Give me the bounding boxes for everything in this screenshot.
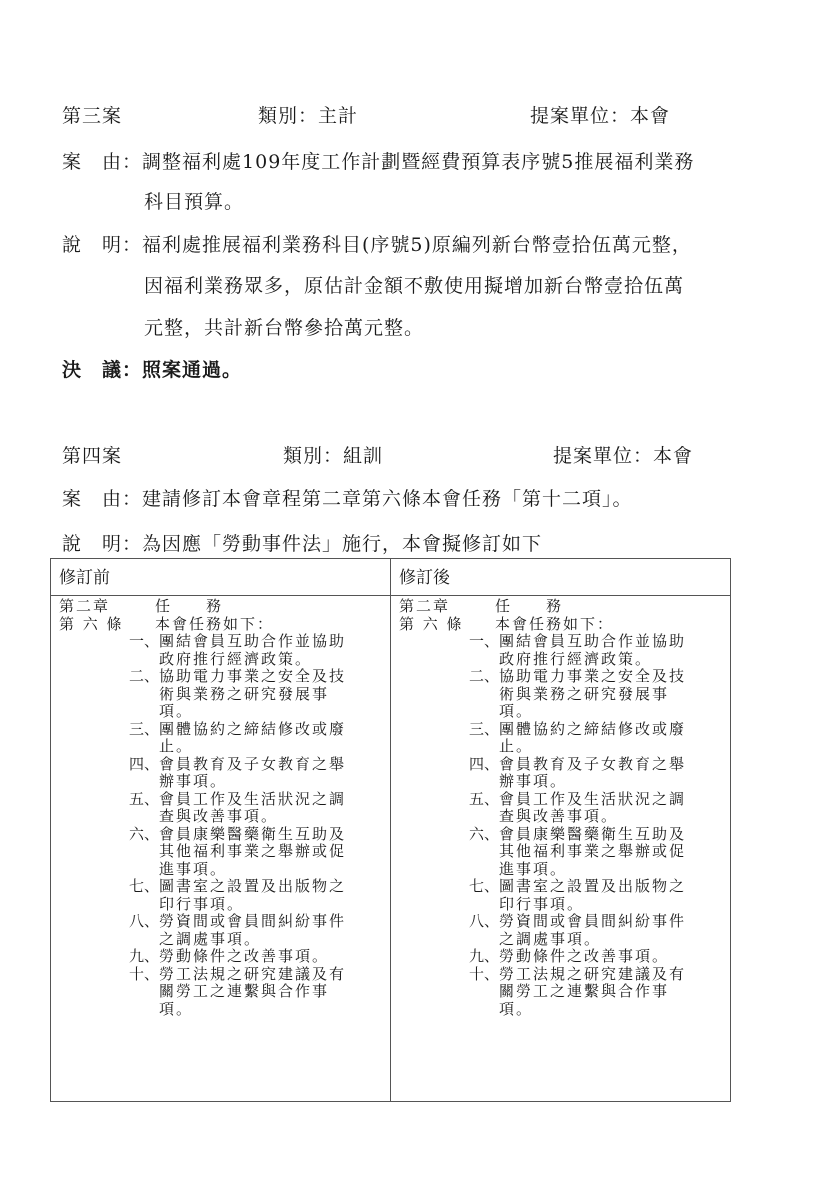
chapter-title: 任 務 bbox=[155, 597, 223, 615]
list-item: 八、勞資間或會員間糾紛事件 bbox=[399, 913, 726, 931]
item-number bbox=[59, 896, 159, 914]
list-item-continuation: 術與業務之研究發展事 bbox=[59, 686, 386, 704]
case3-number: 第三案 bbox=[62, 104, 122, 128]
case3-resolution-text: 照案通過。 bbox=[142, 359, 242, 381]
item-text: 印行事項。 bbox=[159, 896, 244, 914]
list-item-continuation: 止。 bbox=[59, 738, 386, 756]
chapter-key: 第二章 bbox=[399, 598, 495, 616]
case3-resolution: 決 議：照案通過。 bbox=[62, 358, 242, 382]
list-item: 二、協助電力事業之安全及技 bbox=[59, 668, 386, 686]
case4-explanation-text: 為因應「勞動事件法」施行，本會擬修訂如下 bbox=[142, 533, 542, 555]
item-text: 團結會員互助合作並協助 bbox=[499, 633, 686, 651]
list-item: 六、會員康樂醫藥衛生互助及 bbox=[59, 826, 386, 844]
case3-explanation-line-1: 福利處推展福利業務科目(序號5)原編列新台幣壹拾伍萬元整， bbox=[142, 234, 692, 256]
list-item-continuation: 止。 bbox=[399, 738, 726, 756]
list-item-continuation: 其他福利事業之舉辦或促 bbox=[59, 843, 386, 861]
item-text: 勞工法規之研究建議及有 bbox=[159, 966, 346, 984]
case3-explanation-label: 說 明： bbox=[62, 234, 142, 256]
item-number bbox=[59, 773, 159, 791]
article-line: 第 六 條本會任務如下： bbox=[399, 616, 726, 634]
case3-explanation-line-3: 元整，共計新台幣參拾萬元整。 bbox=[144, 316, 424, 340]
item-text: 項。 bbox=[159, 1001, 193, 1019]
item-text: 會員工作及生活狀況之調 bbox=[159, 791, 346, 809]
items-list: 一、團結會員互助合作並協助政府推行經濟政策。二、協助電力事業之安全及技術與業務之… bbox=[59, 633, 386, 1018]
item-number: 六、 bbox=[399, 826, 499, 844]
item-number: 二、 bbox=[59, 668, 159, 686]
item-text: 團體協約之締結修改或廢 bbox=[499, 721, 686, 739]
chapter-line: 第二章任 務 bbox=[399, 598, 726, 616]
item-text: 項。 bbox=[499, 703, 533, 721]
list-item: 五、會員工作及生活狀況之調 bbox=[59, 791, 386, 809]
list-item: 四、會員教育及子女教育之舉 bbox=[399, 756, 726, 774]
cell-before: 第二章任 務 第 六 條本會任務如下： 一、團結會員互助合作並協助政府推行經濟政… bbox=[51, 596, 391, 1102]
list-item-continuation: 查與改善事項。 bbox=[59, 808, 386, 826]
item-number bbox=[399, 738, 499, 756]
article-line: 第 六 條本會任務如下： bbox=[59, 616, 386, 634]
item-text: 勞動條件之改善事項。 bbox=[159, 948, 329, 966]
item-number bbox=[399, 983, 499, 1001]
list-item-continuation: 項。 bbox=[59, 1001, 386, 1019]
item-text: 圖書室之設置及出版物之 bbox=[159, 878, 346, 896]
item-text: 項。 bbox=[499, 1001, 533, 1019]
item-number: 十、 bbox=[59, 966, 159, 984]
cell-after: 第二章任 務 第 六 條本會任務如下： 一、團結會員互助合作並協助政府推行經濟政… bbox=[391, 596, 731, 1102]
item-number bbox=[59, 686, 159, 704]
after-content: 第二章任 務 第 六 條本會任務如下： 一、團結會員互助合作並協助政府推行經濟政… bbox=[391, 596, 730, 1018]
item-number bbox=[399, 931, 499, 949]
item-text: 關勞工之連繫與合作事 bbox=[159, 983, 329, 1001]
article-title: 本會任務如下： bbox=[495, 615, 614, 633]
list-item: 八、勞資間或會員間糾紛事件 bbox=[59, 913, 386, 931]
list-item-continuation: 進事項。 bbox=[59, 861, 386, 879]
item-number bbox=[59, 1001, 159, 1019]
table-header-row: 修訂前 修訂後 bbox=[51, 559, 731, 596]
before-content: 第二章任 務 第 六 條本會任務如下： 一、團結會員互助合作並協助政府推行經濟政… bbox=[51, 596, 390, 1018]
item-text: 查與改善事項。 bbox=[159, 808, 278, 826]
article-key: 第 六 條 bbox=[399, 616, 495, 634]
item-number bbox=[59, 931, 159, 949]
list-item-continuation: 術與業務之研究發展事 bbox=[399, 686, 726, 704]
case4-category: 類別：組訓 bbox=[283, 444, 383, 468]
case3-explanation-line-2: 因福利業務眾多，原估計金額不敷使用擬增加新台幣壹拾伍萬 bbox=[144, 274, 684, 298]
item-text: 之調處事項。 bbox=[499, 931, 601, 949]
item-text: 會員工作及生活狀況之調 bbox=[499, 791, 686, 809]
item-number: 一、 bbox=[399, 633, 499, 651]
list-item: 十、勞工法規之研究建議及有 bbox=[59, 966, 386, 984]
item-text: 會員教育及子女教育之舉 bbox=[499, 756, 686, 774]
article-key: 第 六 條 bbox=[59, 616, 155, 634]
item-number: 一、 bbox=[59, 633, 159, 651]
item-number bbox=[399, 896, 499, 914]
case4-explanation: 說 明：為因應「勞動事件法」施行，本會擬修訂如下 bbox=[62, 532, 542, 556]
list-item: 九、勞動條件之改善事項。 bbox=[399, 948, 726, 966]
item-text: 勞資間或會員間糾紛事件 bbox=[159, 913, 346, 931]
chapter-line: 第二章任 務 bbox=[59, 598, 386, 616]
item-text: 政府推行經濟政策。 bbox=[499, 651, 652, 669]
case3-resolution-label: 決 議： bbox=[62, 359, 142, 381]
header-before: 修訂前 bbox=[51, 559, 391, 596]
item-text: 勞資間或會員間糾紛事件 bbox=[499, 913, 686, 931]
list-item: 二、協助電力事業之安全及技 bbox=[399, 668, 726, 686]
item-text: 關勞工之連繫與合作事 bbox=[499, 983, 669, 1001]
item-text: 進事項。 bbox=[499, 861, 567, 879]
list-item: 七、圖書室之設置及出版物之 bbox=[59, 878, 386, 896]
list-item-continuation: 印行事項。 bbox=[59, 896, 386, 914]
item-number bbox=[399, 703, 499, 721]
case3-reason-line-2: 科目預算。 bbox=[144, 190, 244, 214]
list-item-continuation: 進事項。 bbox=[399, 861, 726, 879]
item-number bbox=[59, 983, 159, 1001]
item-text: 其他福利事業之舉辦或促 bbox=[499, 843, 686, 861]
item-number: 二、 bbox=[399, 668, 499, 686]
case3-reason-label: 案 由： bbox=[62, 151, 142, 173]
item-number: 九、 bbox=[59, 948, 159, 966]
item-text: 圖書室之設置及出版物之 bbox=[499, 878, 686, 896]
item-number: 八、 bbox=[399, 913, 499, 931]
case4-number: 第四案 bbox=[62, 444, 122, 468]
case4-reason-label: 案 由： bbox=[62, 488, 142, 510]
item-text: 政府推行經濟政策。 bbox=[159, 651, 312, 669]
list-item: 三、團體協約之締結修改或廢 bbox=[59, 721, 386, 739]
list-item-continuation: 查與改善事項。 bbox=[399, 808, 726, 826]
item-number bbox=[59, 738, 159, 756]
item-number bbox=[59, 808, 159, 826]
list-item: 三、團體協約之締結修改或廢 bbox=[399, 721, 726, 739]
list-item: 六、會員康樂醫藥衛生互助及 bbox=[399, 826, 726, 844]
case4-explanation-label: 說 明： bbox=[62, 533, 142, 555]
item-text: 止。 bbox=[499, 738, 533, 756]
items-list: 一、團結會員互助合作並協助政府推行經濟政策。二、協助電力事業之安全及技術與業務之… bbox=[399, 633, 726, 1018]
item-text: 查與改善事項。 bbox=[499, 808, 618, 826]
table-body-row: 第二章任 務 第 六 條本會任務如下： 一、團結會員互助合作並協助政府推行經濟政… bbox=[51, 596, 731, 1102]
item-number: 四、 bbox=[399, 756, 499, 774]
case4-reason-text: 建請修訂本會章程第二章第六條本會任務「第十二項」。 bbox=[142, 488, 633, 510]
case3-category: 類別：主計 bbox=[258, 104, 358, 128]
item-number: 四、 bbox=[59, 756, 159, 774]
item-number: 七、 bbox=[59, 878, 159, 896]
list-item-continuation: 辦事項。 bbox=[59, 773, 386, 791]
item-text: 會員康樂醫藥衛生互助及 bbox=[159, 826, 346, 844]
item-number bbox=[399, 808, 499, 826]
item-number: 七、 bbox=[399, 878, 499, 896]
item-number bbox=[59, 651, 159, 669]
list-item-continuation: 政府推行經濟政策。 bbox=[399, 651, 726, 669]
list-item: 九、勞動條件之改善事項。 bbox=[59, 948, 386, 966]
item-text: 團體協約之締結修改或廢 bbox=[159, 721, 346, 739]
list-item: 五、會員工作及生活狀況之調 bbox=[399, 791, 726, 809]
item-text: 會員康樂醫藥衛生互助及 bbox=[499, 826, 686, 844]
case3-reason: 案 由：調整福利處109年度工作計劃暨經費預算表序號5推展福利業務 bbox=[62, 150, 694, 174]
item-text: 項。 bbox=[159, 703, 193, 721]
item-number bbox=[399, 1001, 499, 1019]
item-number: 三、 bbox=[59, 721, 159, 739]
item-text: 印行事項。 bbox=[499, 896, 584, 914]
list-item: 七、圖書室之設置及出版物之 bbox=[399, 878, 726, 896]
item-text: 術與業務之研究發展事 bbox=[159, 686, 329, 704]
item-number bbox=[399, 651, 499, 669]
item-number bbox=[59, 843, 159, 861]
case3-proposer: 提案單位：本會 bbox=[530, 104, 670, 128]
case3-explanation: 說 明：福利處推展福利業務科目(序號5)原編列新台幣壹拾伍萬元整， bbox=[62, 233, 692, 257]
list-item-continuation: 印行事項。 bbox=[399, 896, 726, 914]
list-item-continuation: 關勞工之連繫與合作事 bbox=[59, 983, 386, 1001]
case3-reason-line-1: 調整福利處109年度工作計劃暨經費預算表序號5推展福利業務 bbox=[142, 151, 694, 173]
list-item-continuation: 項。 bbox=[399, 1001, 726, 1019]
item-number bbox=[399, 773, 499, 791]
case4-proposer: 提案單位：本會 bbox=[553, 444, 693, 468]
list-item-continuation: 政府推行經濟政策。 bbox=[59, 651, 386, 669]
list-item-continuation: 關勞工之連繫與合作事 bbox=[399, 983, 726, 1001]
item-number bbox=[399, 686, 499, 704]
chapter-key: 第二章 bbox=[59, 598, 155, 616]
list-item-continuation: 辦事項。 bbox=[399, 773, 726, 791]
item-text: 協助電力事業之安全及技 bbox=[159, 668, 346, 686]
item-number bbox=[59, 703, 159, 721]
item-number bbox=[399, 861, 499, 879]
item-text: 團結會員互助合作並協助 bbox=[159, 633, 346, 651]
header-after: 修訂後 bbox=[391, 559, 731, 596]
item-number: 九、 bbox=[399, 948, 499, 966]
article-title: 本會任務如下： bbox=[155, 615, 274, 633]
item-text: 辦事項。 bbox=[499, 773, 567, 791]
item-text: 會員教育及子女教育之舉 bbox=[159, 756, 346, 774]
item-text: 術與業務之研究發展事 bbox=[499, 686, 669, 704]
item-number: 六、 bbox=[59, 826, 159, 844]
item-number: 五、 bbox=[399, 791, 499, 809]
item-number: 五、 bbox=[59, 791, 159, 809]
item-number bbox=[399, 843, 499, 861]
list-item-continuation: 之調處事項。 bbox=[59, 931, 386, 949]
list-item: 十、勞工法規之研究建議及有 bbox=[399, 966, 726, 984]
item-text: 其他福利事業之舉辦或促 bbox=[159, 843, 346, 861]
item-number: 三、 bbox=[399, 721, 499, 739]
list-item: 一、團結會員互助合作並協助 bbox=[399, 633, 726, 651]
item-text: 辦事項。 bbox=[159, 773, 227, 791]
revision-comparison-table: 修訂前 修訂後 第二章任 務 第 六 條本會任務如下： 一、團結會員互助合作並協… bbox=[50, 558, 731, 1102]
item-text: 勞工法規之研究建議及有 bbox=[499, 966, 686, 984]
item-number: 十、 bbox=[399, 966, 499, 984]
list-item: 四、會員教育及子女教育之舉 bbox=[59, 756, 386, 774]
list-item-continuation: 其他福利事業之舉辦或促 bbox=[399, 843, 726, 861]
list-item-continuation: 項。 bbox=[399, 703, 726, 721]
item-text: 協助電力事業之安全及技 bbox=[499, 668, 686, 686]
list-item-continuation: 項。 bbox=[59, 703, 386, 721]
case4-reason: 案 由：建請修訂本會章程第二章第六條本會任務「第十二項」。 bbox=[62, 487, 633, 511]
item-text: 勞動條件之改善事項。 bbox=[499, 948, 669, 966]
item-text: 之調處事項。 bbox=[159, 931, 261, 949]
item-number bbox=[59, 861, 159, 879]
list-item-continuation: 之調處事項。 bbox=[399, 931, 726, 949]
list-item: 一、團結會員互助合作並協助 bbox=[59, 633, 386, 651]
item-number: 八、 bbox=[59, 913, 159, 931]
item-text: 止。 bbox=[159, 738, 193, 756]
item-text: 進事項。 bbox=[159, 861, 227, 879]
chapter-title: 任 務 bbox=[495, 597, 563, 615]
